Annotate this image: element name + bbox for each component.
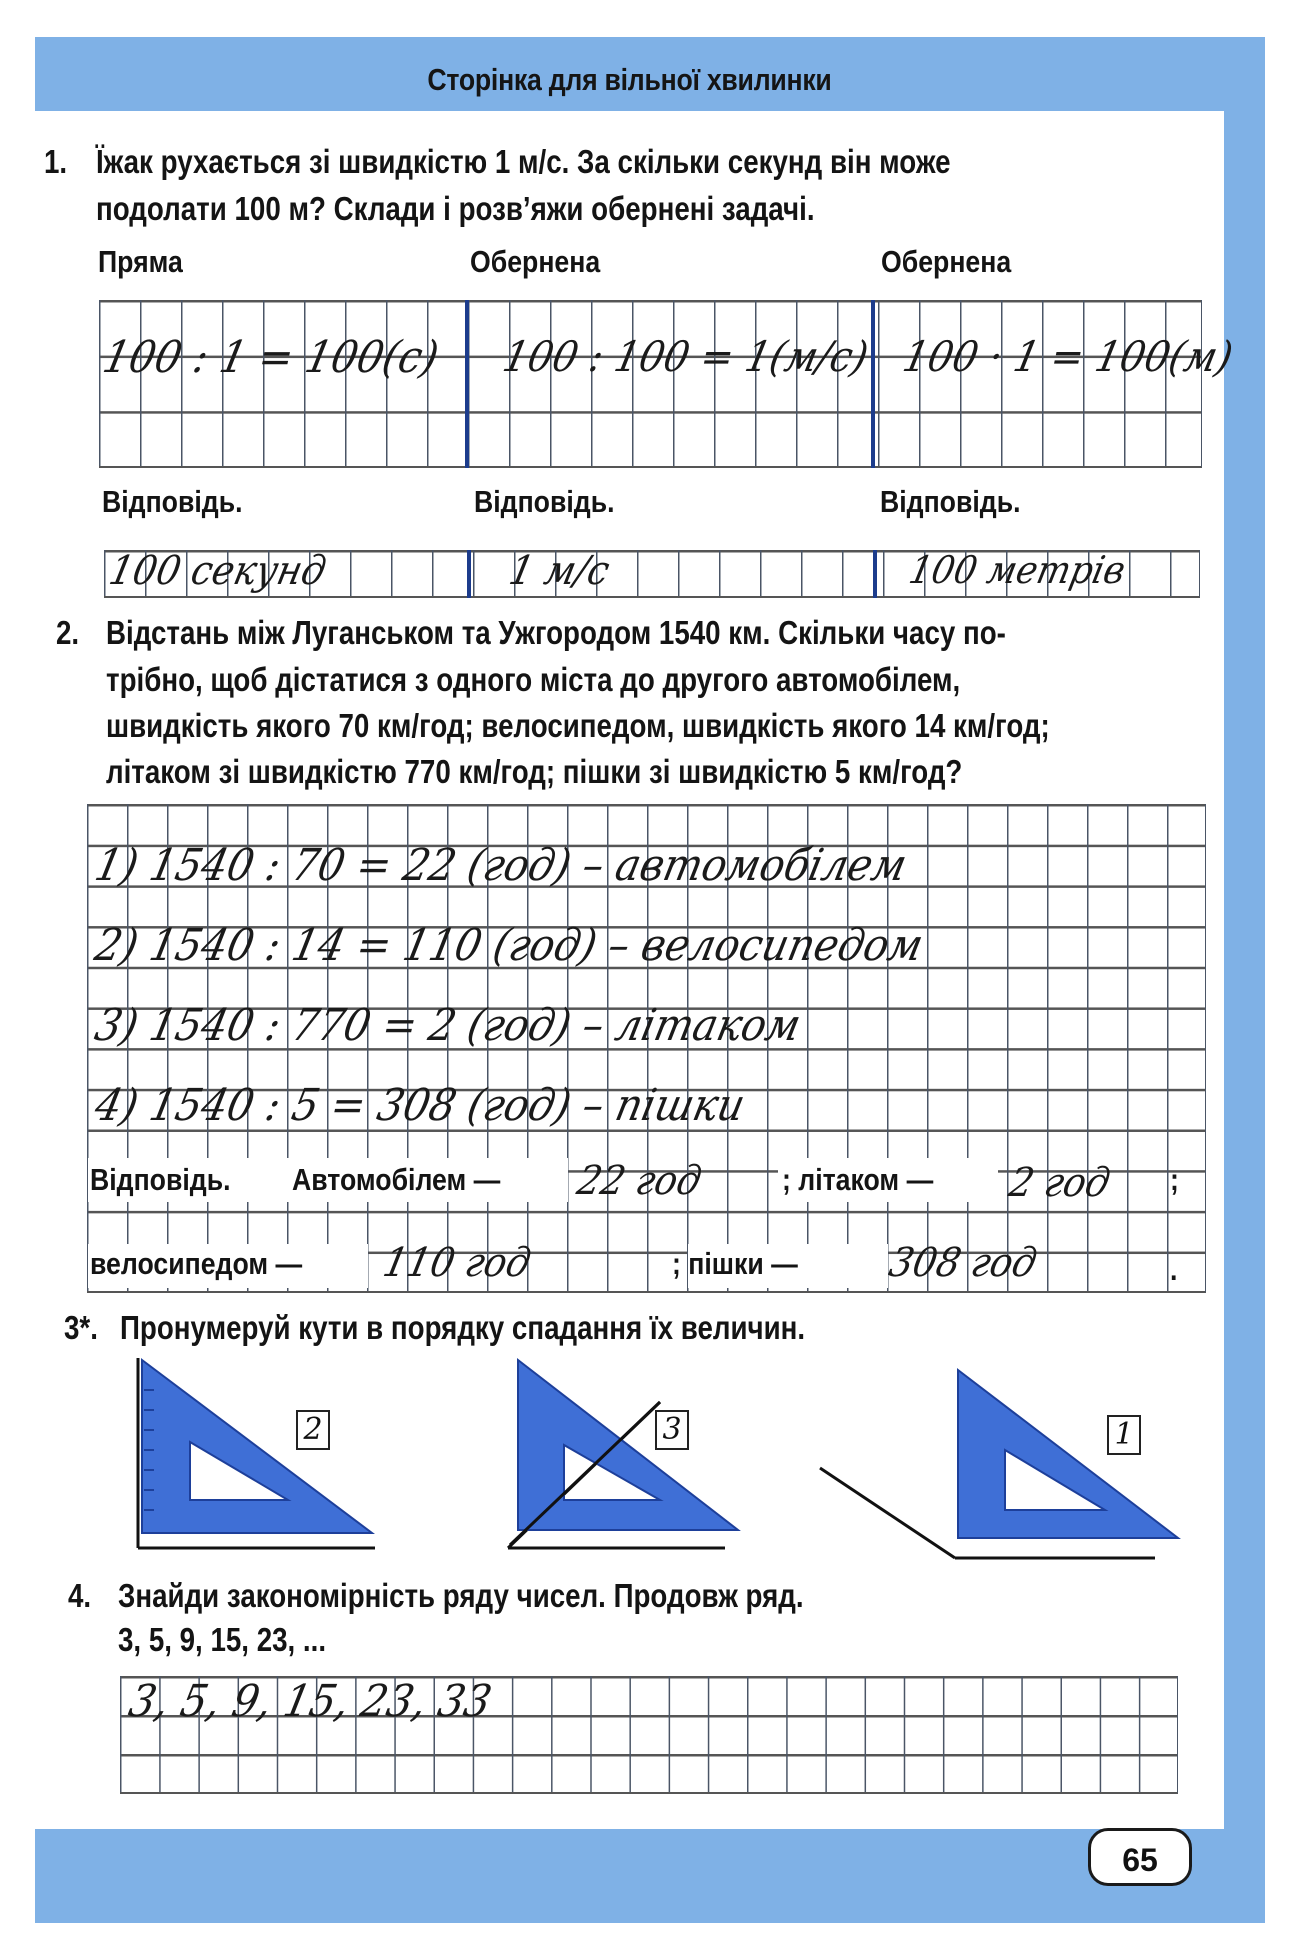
- task1-number: 1.: [44, 138, 67, 185]
- task2-walk-label: ; пішки —: [672, 1246, 798, 1282]
- task2-solution-line: 3) 1540 : 770 = 2 (год) – літаком: [91, 1000, 806, 1051]
- task2-solution-line: 1) 1540 : 70 = 22 (год) – автомобілем: [91, 840, 912, 891]
- right-angle-figure: [138, 1358, 375, 1548]
- task1-solution-grid[interactable]: [99, 300, 1202, 468]
- task1-column-divider: [871, 300, 875, 468]
- task1-answer-label-3: Відповідь.: [880, 484, 1020, 520]
- task1-answer-label-2: Відповідь.: [474, 484, 614, 520]
- task2-car-value[interactable]: 22 год: [573, 1158, 705, 1204]
- task3-number: 3*.: [64, 1304, 98, 1351]
- angle-rank-box[interactable]: 1: [1107, 1415, 1141, 1455]
- task1-column-divider: [465, 300, 469, 468]
- task2-answer-label: Відповідь.: [90, 1162, 230, 1198]
- task4-answer: 3, 5, 9, 15, 23, 33: [125, 1676, 496, 1727]
- acute-angle-figure: [508, 1360, 738, 1548]
- task2-solution-line: 2) 1540 : 14 = 110 (год) – велосипедом: [91, 920, 928, 971]
- task2-separator: ;: [1170, 1162, 1179, 1198]
- angle-rank-box[interactable]: 3: [655, 1410, 689, 1450]
- task2-car-label: Автомобілем —: [292, 1162, 500, 1198]
- task1-answer-inverse-1: 1 м/с: [505, 548, 613, 594]
- task1-solution-inverse-1: 100 : 100 = 1(м/с): [499, 332, 873, 381]
- task3-text: Пронумеруй кути в порядку спадання їх ве…: [120, 1304, 805, 1351]
- angle-rank-box[interactable]: 2: [296, 1410, 330, 1450]
- task2-text-line: швидкість якого 70 км/год; велосипедом, …: [106, 702, 1050, 749]
- task1-solution-direct: 100 : 1 = 100(с): [99, 332, 443, 383]
- task2-plane-label: ; літаком —: [782, 1162, 933, 1198]
- task1-header-direct: Пряма: [98, 244, 183, 280]
- task1-answer-label-1: Відповідь.: [102, 484, 242, 520]
- task2-bike-label: велосипедом —: [90, 1246, 302, 1282]
- task2-plane-value[interactable]: 2 год: [1005, 1160, 1114, 1206]
- task2-text-line: Відстань між Луганськом та Ужгородом 154…: [106, 609, 1006, 656]
- task1-header-inverse-1: Обернена: [470, 244, 600, 280]
- task1-text-line2: подолати 100 м? Склади і розв’яжи оберне…: [96, 185, 815, 232]
- task1-answer-inverse-2: 100 метрів: [905, 548, 1129, 592]
- task2-bike-value[interactable]: 110 год: [379, 1240, 535, 1286]
- task2-walk-value[interactable]: 308 год: [885, 1240, 1041, 1286]
- task1-header-inverse-2: Обернена: [881, 244, 1011, 280]
- task1-text-line1: Їжак рухається зі швидкістю 1 м/с. За ск…: [96, 138, 951, 185]
- task1-answer-divider: [873, 550, 877, 598]
- task2-number: 2.: [56, 609, 79, 656]
- task4-sequence: 3, 5, 9, 15, 23, ...: [118, 1616, 326, 1663]
- task2-text-line: літаком зі швидкістю 770 км/год; пішки з…: [106, 748, 962, 795]
- task1-solution-inverse-2: 100 · 1 = 100(м): [899, 332, 1237, 381]
- task4-number: 4.: [68, 1572, 91, 1619]
- page-title: Сторінка для вільної хвилинки: [118, 62, 1141, 98]
- angle-figures: [120, 1350, 1220, 1565]
- task1-answer-divider: [467, 550, 471, 598]
- task2-end: .: [1170, 1252, 1177, 1288]
- task2-solution-line: 4) 1540 : 5 = 308 (год) – пішки: [91, 1080, 750, 1131]
- task1-answer-direct: 100 секунд: [105, 548, 330, 594]
- page-number: 65: [1088, 1828, 1192, 1886]
- obtuse-angle-figure: [820, 1370, 1178, 1558]
- task4-text: Знайди закономірність ряду чисел. Продов…: [118, 1572, 804, 1619]
- task2-text-line: трібно, щоб дістатися з одного міста до …: [106, 656, 960, 703]
